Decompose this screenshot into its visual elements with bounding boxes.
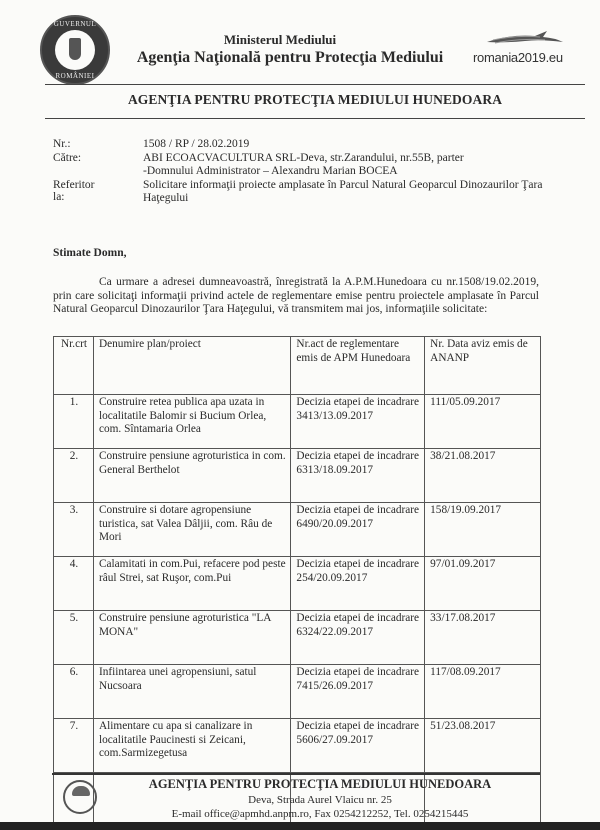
table-row: 5. Construire pensiune agroturistica "LA… <box>54 611 541 665</box>
cell-nr: 6. <box>54 665 94 719</box>
re-value: Solicitare informaţii proiecte amplasate… <box>143 179 563 205</box>
partner-logo-text: romania2019.eu <box>473 50 563 65</box>
cell-name: Calamitati in com.Pui, refacere pod pest… <box>93 557 290 611</box>
cell-nr: 1. <box>54 395 94 449</box>
to-label: Către: <box>53 152 81 164</box>
coat-of-arms-icon <box>69 38 81 60</box>
ministry-name: Ministerul Mediului <box>110 32 450 48</box>
cell-name: Construire si dotare agropensiune turist… <box>93 503 290 557</box>
cell-aviz: 117/08.09.2017 <box>425 665 541 719</box>
table-row: 7. Alimentare cu apa si canalizare in lo… <box>54 719 541 773</box>
cell-act: Decizia etapei de incadrare 5606/27.09.2… <box>291 719 425 773</box>
col-header-name: Denumire plan/proiect <box>93 337 290 395</box>
national-agency-name: Agenţia Naţională pentru Protecţia Mediu… <box>120 49 460 67</box>
salutation: Stimate Domn, <box>53 247 126 259</box>
header-divider <box>45 84 585 85</box>
agency-globe-logo-icon <box>63 780 97 814</box>
cell-nr: 7. <box>54 719 94 773</box>
footer-agency: AGENŢIA PENTRU PROTECŢIA MEDIULUI HUNEDO… <box>100 777 540 792</box>
header-divider <box>45 118 585 119</box>
cell-aviz: 111/05.09.2017 <box>425 395 541 449</box>
col-header-nr: Nr.crt <box>54 337 94 395</box>
cell-nr: 3. <box>54 503 94 557</box>
cell-act: Decizia etapei de incadrare 6324/22.09.2… <box>291 611 425 665</box>
cell-name: Construire pensiune agroturistica "LA MO… <box>93 611 290 665</box>
cell-name: Alimentare cu apa si canalizare in local… <box>93 719 290 773</box>
to-value-1: ABI ECOACVACULTURA SRL-Deva, str.Zarandu… <box>143 152 563 165</box>
cell-name: Construire pensiune agroturistica in com… <box>93 449 290 503</box>
table-row: 6. Infiintarea unei agropensiuni, satul … <box>54 665 541 719</box>
footer-divider <box>52 773 540 775</box>
table-row: 3. Construire si dotare agropensiune tur… <box>54 503 541 557</box>
col-header-act: Nr.act de reglementare emis de APM Huned… <box>291 337 425 395</box>
nr-label: Nr.: <box>53 138 71 150</box>
cell-name: Construire retea publica apa uzata in lo… <box>93 395 290 449</box>
table-header-row: Nr.crt Denumire plan/proiect Nr.act de r… <box>54 337 541 395</box>
government-seal-icon: GUVERNUL ROMÂNIEI <box>40 15 110 85</box>
flag-wave-icon <box>485 30 565 46</box>
seal-top-text: GUVERNUL <box>42 20 108 28</box>
cell-aviz: 51/23.08.2017 <box>425 719 541 773</box>
cell-nr: 5. <box>54 611 94 665</box>
cell-aviz: 97/01.09.2017 <box>425 557 541 611</box>
projects-table: Nr.crt Denumire plan/proiect Nr.act de r… <box>53 336 541 827</box>
body-paragraph: Ca urmare a adresei dumneavoastră, înreg… <box>53 276 539 317</box>
document-page: GUVERNUL ROMÂNIEI Ministerul Mediului Ag… <box>0 0 600 830</box>
re-label: Referitor la: <box>53 179 95 203</box>
table-row: 2. Construire pensiune agroturistica in … <box>54 449 541 503</box>
cell-act: Decizia etapei de incadrare 6313/18.09.2… <box>291 449 425 503</box>
cell-act: Decizia etapei de incadrare 6490/20.09.2… <box>291 503 425 557</box>
seal-bottom-text: ROMÂNIEI <box>42 72 108 80</box>
body-paragraph-text: Ca urmare a adresei dumneavoastră, înreg… <box>53 276 539 315</box>
cell-act: Decizia etapei de incadrare 7415/26.09.2… <box>291 665 425 719</box>
table-row: 4. Calamitati in com.Pui, refacere pod p… <box>54 557 541 611</box>
nr-value: 1508 / RP / 28.02.2019 <box>143 138 563 151</box>
cell-act: Decizia etapei de incadrare 254/20.09.20… <box>291 557 425 611</box>
footer-address: Deva, Strada Aurel Vlaicu nr. 25 <box>100 794 540 806</box>
scan-edge <box>0 822 600 830</box>
to-value-2: -Domnului Administrator – Alexandru Mari… <box>143 165 563 178</box>
local-agency-title: AGENŢIA PENTRU PROTECŢIA MEDIULUI HUNEDO… <box>45 92 585 108</box>
cell-aviz: 33/17.08.2017 <box>425 611 541 665</box>
cell-name: Infiintarea unei agropensiuni, satul Nuc… <box>93 665 290 719</box>
table-row: 1. Construire retea publica apa uzata in… <box>54 395 541 449</box>
romania2019-logo: romania2019.eu <box>465 28 585 78</box>
cell-act: Decizia etapei de incadrare 3413/13.09.2… <box>291 395 425 449</box>
col-header-aviz: Nr. Data aviz emis de ANANP <box>425 337 541 395</box>
cell-aviz: 38/21.08.2017 <box>425 449 541 503</box>
cell-nr: 4. <box>54 557 94 611</box>
cell-nr: 2. <box>54 449 94 503</box>
footer-contact: E-mail office@apmhd.anpm.ro, Fax 0254212… <box>100 808 540 820</box>
cell-aviz: 158/19.09.2017 <box>425 503 541 557</box>
